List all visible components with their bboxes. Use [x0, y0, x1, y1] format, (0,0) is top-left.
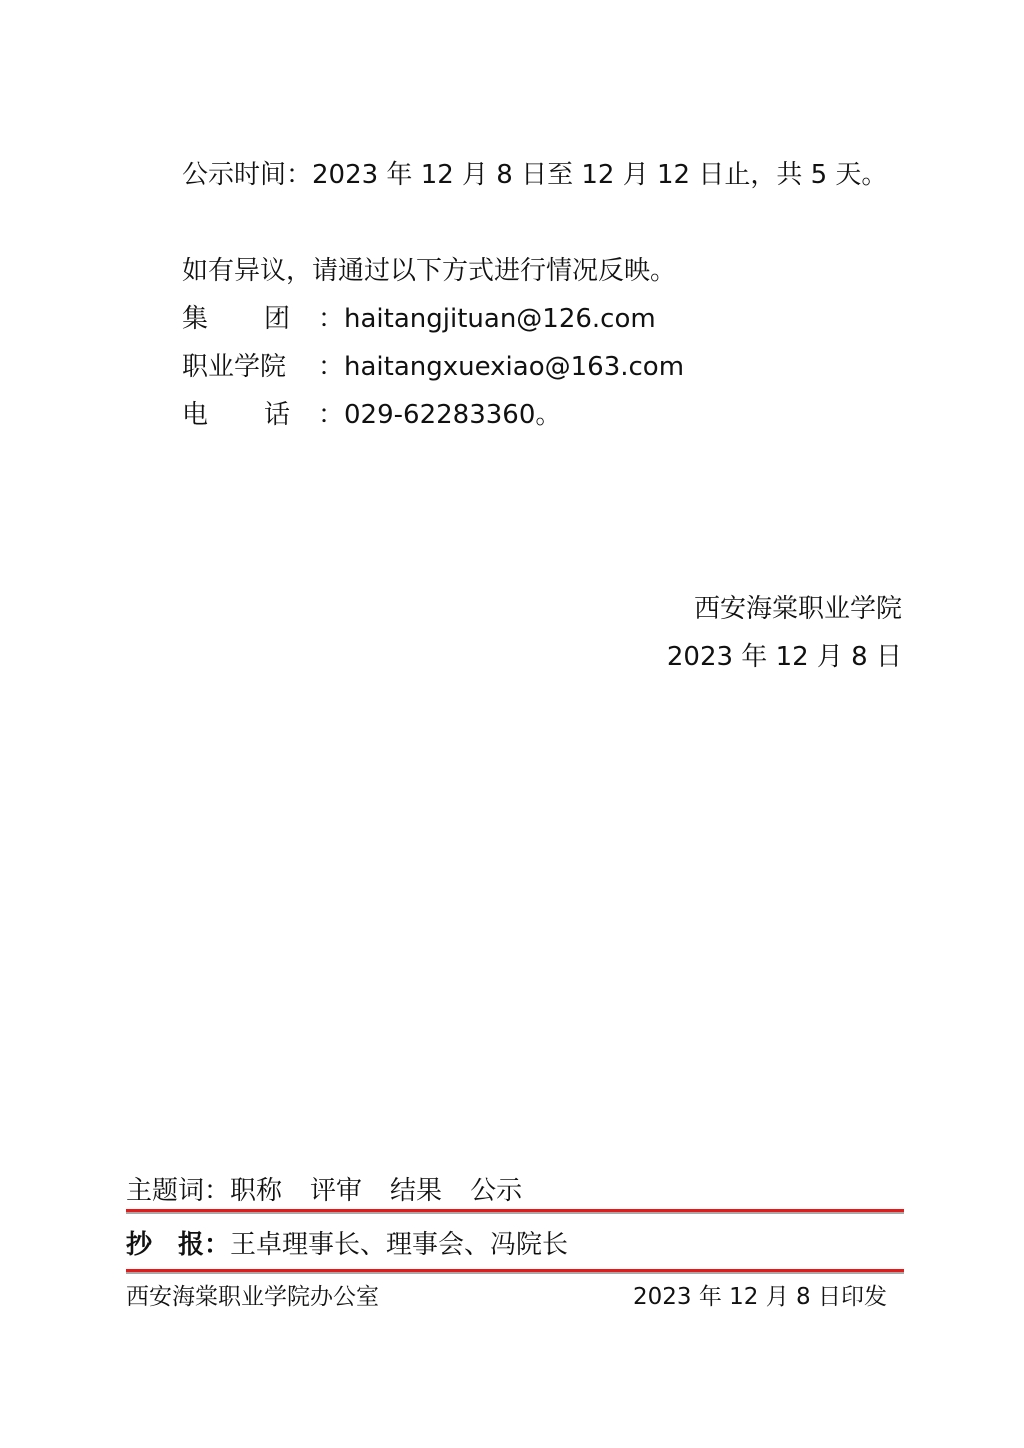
cc-value: 王卓理事长、理事会、冯院长	[230, 1230, 568, 1260]
signature-org: 西安海棠职业学院	[694, 596, 902, 622]
cc-label: 抄 报：	[126, 1230, 230, 1260]
contact-label: 职业学院	[182, 354, 318, 380]
contact-email-group: haitangjituan@126.com	[344, 304, 656, 334]
divider-rule	[126, 1209, 904, 1212]
contact-sep: ：	[318, 304, 344, 334]
issue-date: 2023 年 12 月 8 日印发	[633, 1286, 887, 1309]
keyword: 职称	[230, 1176, 282, 1206]
keyword: 结果	[390, 1176, 442, 1206]
contact-group: 集团：haitangjituan@126.com	[182, 306, 656, 332]
cc-row: 抄 报：王卓理事长、理事会、冯院长	[126, 1232, 568, 1258]
contact-sep: ：	[318, 352, 344, 382]
contact-phone-number: 029-62283360。	[344, 400, 561, 430]
objection-intro: 如有异议，请通过以下方式进行情况反映。	[182, 258, 676, 284]
contact-label: 集团	[182, 306, 318, 332]
contact-phone: 电话：029-62283360。	[182, 402, 561, 428]
contact-email-college: haitangxuexiao@163.com	[344, 352, 684, 382]
contact-college: 职业学院：haitangxuexiao@163.com	[182, 354, 684, 380]
signature-date: 2023 年 12 月 8 日	[667, 644, 902, 670]
contact-sep: ：	[318, 400, 344, 430]
issuer: 西安海棠职业学院办公室	[126, 1286, 379, 1309]
divider-rule	[126, 1269, 904, 1272]
keyword: 公示	[470, 1176, 522, 1206]
keywords-row: 主题词：职称评审结果公示	[126, 1178, 522, 1204]
keyword: 评审	[310, 1176, 362, 1206]
keywords-label: 主题词：	[126, 1176, 230, 1206]
contact-label: 电话	[182, 402, 318, 428]
notice-period: 公示时间：2023 年 12 月 8 日至 12 月 12 日止，共 5 天。	[182, 162, 887, 188]
